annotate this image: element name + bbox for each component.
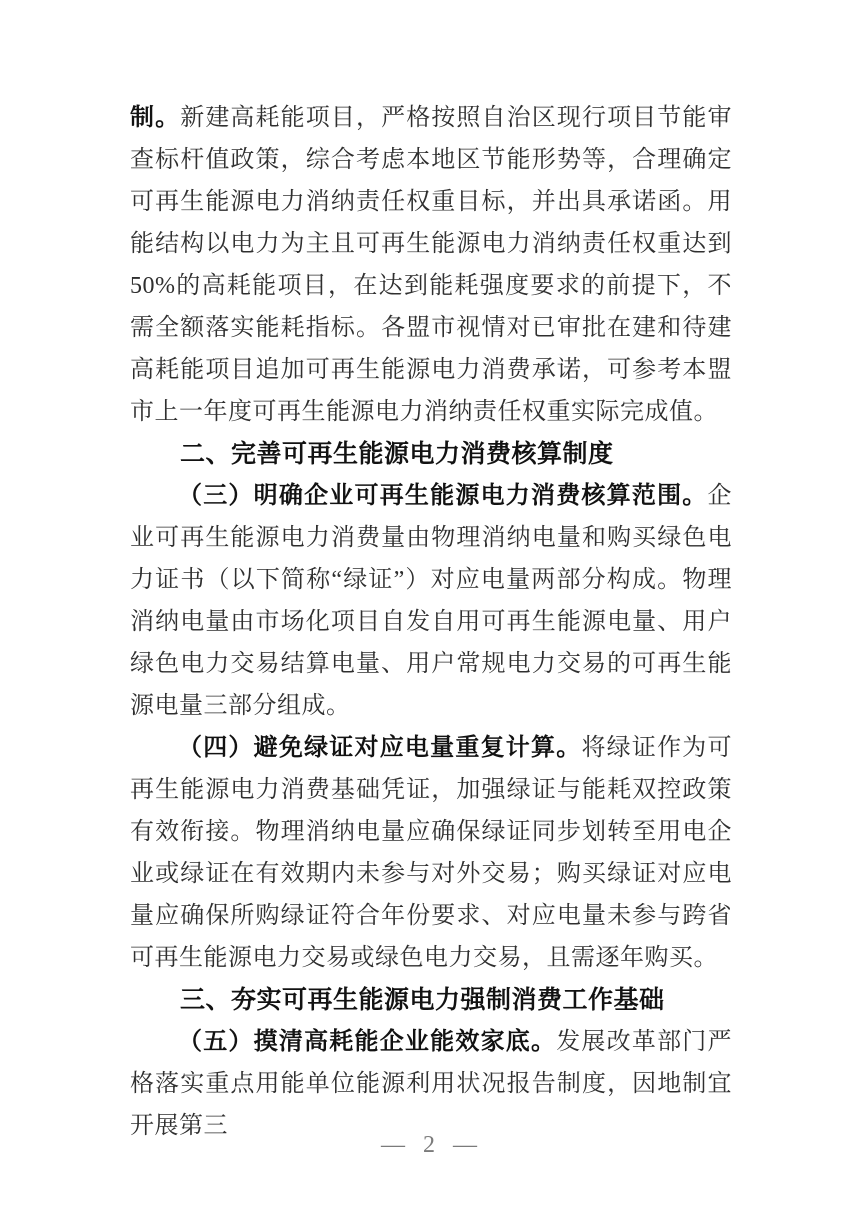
section-heading: 三、夯实可再生能源电力强制消费工作基础 <box>130 979 732 1021</box>
emphasis-text: （五）摸清高耗能企业能效家底。 <box>178 1029 556 1055</box>
paragraph: 制。新建高耗能项目，严格按照自治区现行项目节能审查标杆值政策，综合考虑本地区节能… <box>130 97 732 433</box>
page-footer: — 2 — <box>0 1132 864 1159</box>
section-heading-text: 二、完善可再生能源电力消费核算制度 <box>180 440 614 468</box>
emphasis-text: 制。 <box>130 105 180 131</box>
emphasis-text: （三）明确企业可再生能源电力消费核算范围。 <box>178 483 708 509</box>
paragraph: （三）明确企业可再生能源电力消费核算范围。企业可再生能源电力消费量由物理消纳电量… <box>130 475 732 727</box>
emphasis-text: （四）避免绿证对应电量重复计算。 <box>178 735 581 761</box>
section-heading: 二、完善可再生能源电力消费核算制度 <box>130 433 732 475</box>
section-heading-text: 三、夯实可再生能源电力强制消费工作基础 <box>180 986 665 1014</box>
paragraph: （五）摸清高耗能企业能效家底。发展改革部门严格落实重点用能单位能源利用状况报告制… <box>130 1021 732 1147</box>
body-text: 企业可再生能源电力消费量由物理消纳电量和购买绿色电力证书（以下简称“绿证”）对应… <box>130 483 732 719</box>
paragraph: （四）避免绿证对应电量重复计算。将绿证作为可再生能源电力消费基础凭证，加强绿证与… <box>130 727 732 979</box>
body-text: 新建高耗能项目，严格按照自治区现行项目节能审查标杆值政策，综合考虑本地区节能形势… <box>130 105 732 425</box>
document-body: 制。新建高耗能项目，严格按照自治区现行项目节能审查标杆值政策，综合考虑本地区节能… <box>130 97 732 1147</box>
document-page: 制。新建高耗能项目，严格按照自治区现行项目节能审查标杆值政策，综合考虑本地区节能… <box>0 0 864 1222</box>
page-number: — 2 — <box>381 1132 483 1158</box>
body-text: 将绿证作为可再生能源电力消费基础凭证，加强绿证与能耗双控政策有效衔接。物理消纳电… <box>130 735 732 971</box>
